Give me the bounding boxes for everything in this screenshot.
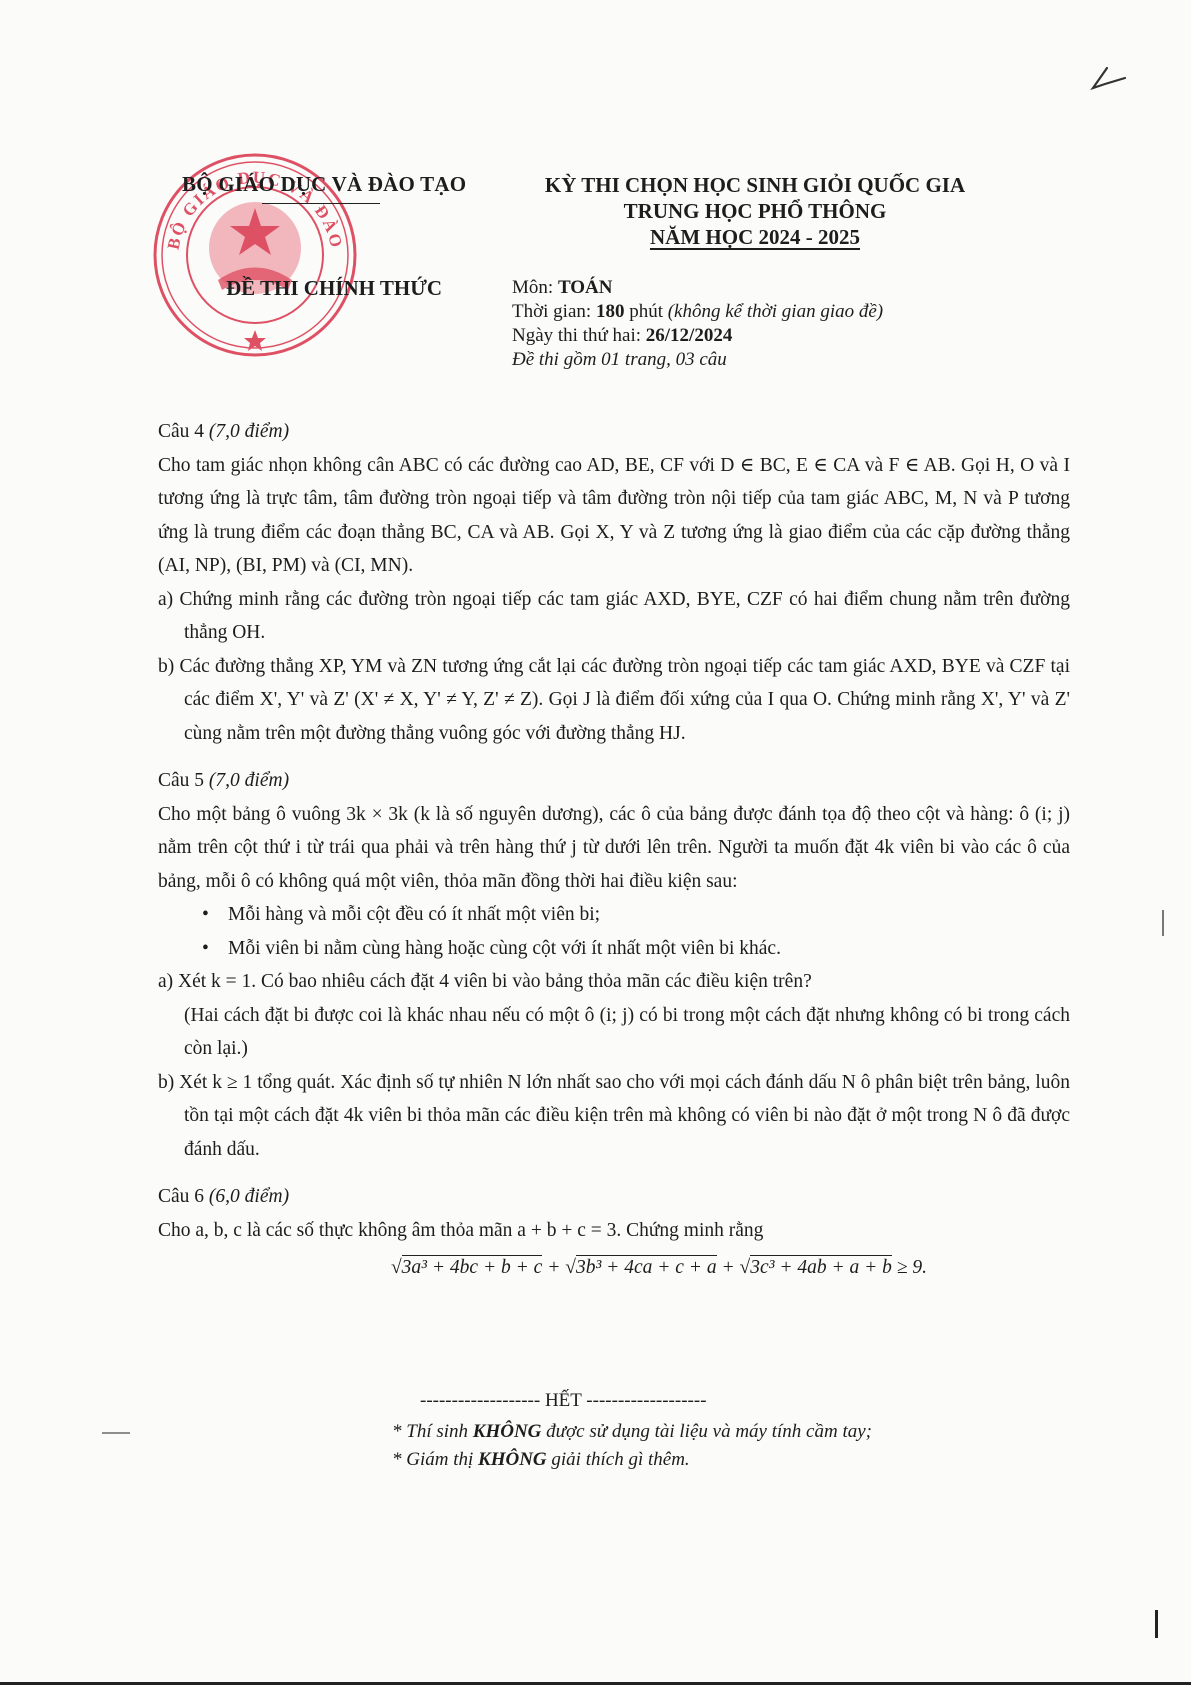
question-5-part-b: b) Xét k ≥ 1 tổng quát. Xác định số tự n…	[158, 1066, 1070, 1167]
sqrt-icon: √	[740, 1257, 751, 1278]
scan-artifact-mark	[102, 1432, 130, 1434]
date-value: 26/12/2024	[646, 325, 733, 346]
question-6-title: Câu 6	[158, 1186, 204, 1207]
footnote-emphasis: KHÔNG	[473, 1421, 542, 1442]
exam-title-line-3: NĂM HỌC 2024 - 2025	[500, 224, 1010, 250]
time-note: (không kể thời gian giao đề)	[668, 301, 883, 322]
footnotes: * Thí sinh KHÔNG được sử dụng tài liệu v…	[392, 1418, 872, 1474]
scan-artifact-mark	[1162, 910, 1164, 936]
question-5-title: Câu 5	[158, 770, 204, 791]
date-line: Ngày thi thứ hai: 26/12/2024	[512, 324, 883, 348]
question-4-title: Câu 4	[158, 421, 204, 442]
inequality-formula: √3a³ + 4bc + b + c + √3b³ + 4ca + c + a …	[158, 1251, 1070, 1285]
question-5-part-a: a) Xét k = 1. Có bao nhiêu cách đặt 4 vi…	[158, 965, 1070, 999]
question-5-part-a-note: (Hai cách đặt bi được coi là khác nhau n…	[158, 999, 1070, 1066]
organization-name: BỘ GIÁO DỤC VÀ ĐÀO TẠO	[182, 172, 466, 197]
time-line: Thời gian: 180 phút (không kể thời gian …	[512, 300, 883, 324]
footnote-proctors: * Giám thị KHÔNG giải thích gì thêm.	[392, 1446, 872, 1474]
subject-value: TOÁN	[558, 277, 613, 298]
end-marker: ------------------- HẾT ----------------…	[420, 1390, 707, 1412]
sqrt-icon: √	[565, 1257, 576, 1278]
exam-title: KỲ THI CHỌN HỌC SINH GIỎI QUỐC GIA TRUNG…	[500, 172, 1010, 250]
formula-rhs: ≥ 9.	[892, 1257, 927, 1278]
question-5-points: (7,0 điểm)	[209, 770, 289, 791]
time-unit: phút	[624, 301, 667, 322]
subject-label: Môn:	[512, 277, 558, 298]
sqrt-icon: √	[391, 1257, 402, 1278]
official-exam-label: ĐỀ THI CHÍNH THỨC	[226, 276, 442, 301]
time-value: 180	[596, 301, 625, 322]
formula-term-2: 3b³ + 4ca + c + a	[576, 1255, 717, 1278]
handwritten-page-mark-icon	[1085, 60, 1145, 100]
time-label: Thời gian:	[512, 301, 596, 322]
exam-title-line-1: KỲ THI CHỌN HỌC SINH GIỎI QUỐC GIA	[500, 172, 1010, 198]
exam-content: Câu 4 (7,0 điểm) Cho tam giác nhọn không…	[158, 415, 1070, 1285]
question-4-points: (7,0 điểm)	[209, 421, 289, 442]
organization-underline	[262, 203, 380, 204]
question-6-intro: Cho a, b, c là các số thực không âm thỏa…	[158, 1214, 1070, 1248]
question-6-points: (6,0 điểm)	[209, 1186, 289, 1207]
formula-term-3: 3c³ + 4ab + a + b	[750, 1255, 892, 1278]
question-4-intro: Cho tam giác nhọn không cân ABC có các đ…	[158, 449, 1070, 583]
subject-line: Môn: TOÁN	[512, 276, 883, 300]
condition-item: Mỗi viên bi nằm cùng hàng hoặc cùng cột …	[228, 932, 1070, 966]
pages-note: Đề thi gồm 01 trang, 03 câu	[512, 348, 883, 372]
formula-plus: +	[717, 1257, 740, 1278]
question-5-intro: Cho một bảng ô vuông 3k × 3k (k là số ng…	[158, 798, 1070, 899]
question-6: Câu 6 (6,0 điểm) Cho a, b, c là các số t…	[158, 1180, 1070, 1285]
footnote-emphasis: KHÔNG	[478, 1449, 547, 1470]
date-label: Ngày thi thứ hai:	[512, 325, 646, 346]
formula-plus: +	[542, 1257, 565, 1278]
question-4-header: Câu 4 (7,0 điểm)	[158, 415, 1070, 449]
scan-artifact-mark	[1155, 1610, 1158, 1638]
exam-meta: Môn: TOÁN Thời gian: 180 phút (không kể …	[512, 276, 883, 372]
question-4-part-a: a) Chứng minh rằng các đường tròn ngoại …	[158, 583, 1070, 650]
question-4: Câu 4 (7,0 điểm) Cho tam giác nhọn không…	[158, 415, 1070, 750]
condition-item: Mỗi hàng và mỗi cột đều có ít nhất một v…	[228, 898, 1070, 932]
formula-term-1: 3a³ + 4bc + b + c	[402, 1255, 543, 1278]
footnote-candidates: * Thí sinh KHÔNG được sử dụng tài liệu v…	[392, 1418, 872, 1446]
question-4-part-b: b) Các đường thẳng XP, YM và ZN tương ứn…	[158, 650, 1070, 751]
question-5: Câu 5 (7,0 điểm) Cho một bảng ô vuông 3k…	[158, 764, 1070, 1166]
question-5-conditions: Mỗi hàng và mỗi cột đều có ít nhất một v…	[158, 898, 1070, 965]
question-6-header: Câu 6 (6,0 điểm)	[158, 1180, 1070, 1214]
school-year: NĂM HỌC 2024 - 2025	[650, 225, 860, 249]
exam-title-line-2: TRUNG HỌC PHỔ THÔNG	[500, 198, 1010, 224]
question-5-header: Câu 5 (7,0 điểm)	[158, 764, 1070, 798]
